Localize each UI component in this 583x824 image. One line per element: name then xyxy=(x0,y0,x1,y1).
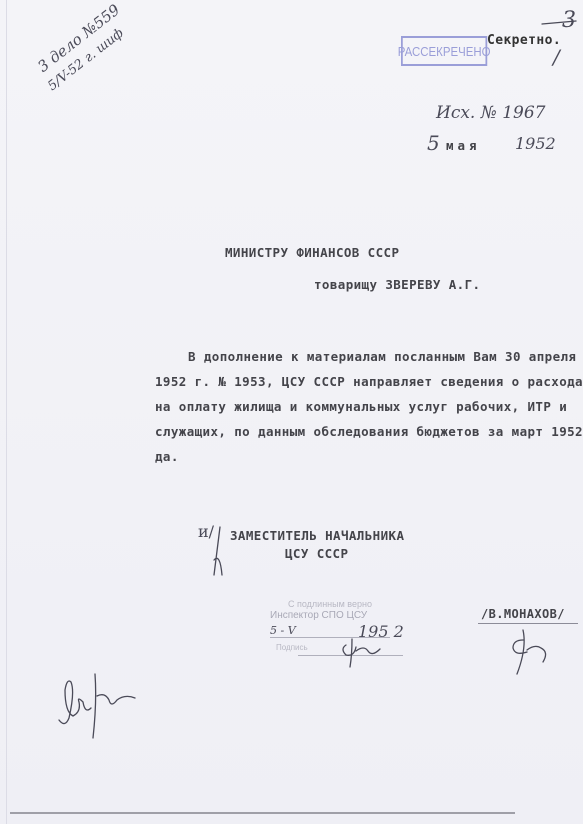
margin-mark: / xyxy=(553,45,560,69)
document-page: 3 Секретно. / РАССЕКРЕЧЕНО 3 дело №559 5… xyxy=(0,0,583,824)
body-line-2: 1952 г. № 1953, ЦСУ СССР направляет свед… xyxy=(155,374,583,389)
declassified-stamp: РАССЕКРЕЧЕНО xyxy=(401,36,487,66)
body-line-1: В дополнение к материалам посланным Вам … xyxy=(188,349,576,364)
classification-label: Секретно. xyxy=(487,33,561,48)
verification-line4: Подпись xyxy=(276,643,308,652)
addressee-line2: товарищу ЗВЕРЕВУ А.Г. xyxy=(314,277,480,292)
body-line-4: служащих, по данным обследования бюджето… xyxy=(155,424,583,439)
marginal-note: 3 дело №559 5/V-52 г. шиф xyxy=(33,0,138,95)
date-day: 5 xyxy=(427,131,440,155)
handwritten-stroke xyxy=(208,525,228,585)
signature-monakhov xyxy=(505,628,560,678)
date-year: 1952 xyxy=(515,134,556,153)
verification-line2: Инспектор СПО ЦСУ xyxy=(270,610,367,621)
verification-stamp: С подлинным верно Инспектор СПО ЦСУ 5 - … xyxy=(268,597,403,667)
outgoing-number: Исх. № 1967 xyxy=(436,103,546,123)
body-line-3: на оплату жилища и коммунальных услуг ра… xyxy=(155,399,567,414)
signature-rule xyxy=(478,623,578,624)
verification-line1: С подлинным верно xyxy=(288,599,372,609)
addressee-line1: МИНИСТРУ ФИНАНСОВ СССР xyxy=(225,245,399,260)
margin-signature xyxy=(55,672,145,742)
page-bottom-edge xyxy=(10,812,515,814)
signatory-title-line1: ЗАМЕСТИТЕЛЬ НАЧАЛЬНИКА xyxy=(230,528,404,543)
verification-date: 5 - V xyxy=(270,624,296,637)
verification-signature xyxy=(338,635,388,669)
date-month: мая xyxy=(446,138,481,153)
body-line-5: да. xyxy=(155,449,179,464)
page-edge xyxy=(6,0,7,824)
signatory-name: /В.МОНАХОВ/ xyxy=(481,607,565,621)
signatory-title-line2: ЦСУ СССР xyxy=(285,546,348,561)
page-number-underline xyxy=(540,18,580,28)
